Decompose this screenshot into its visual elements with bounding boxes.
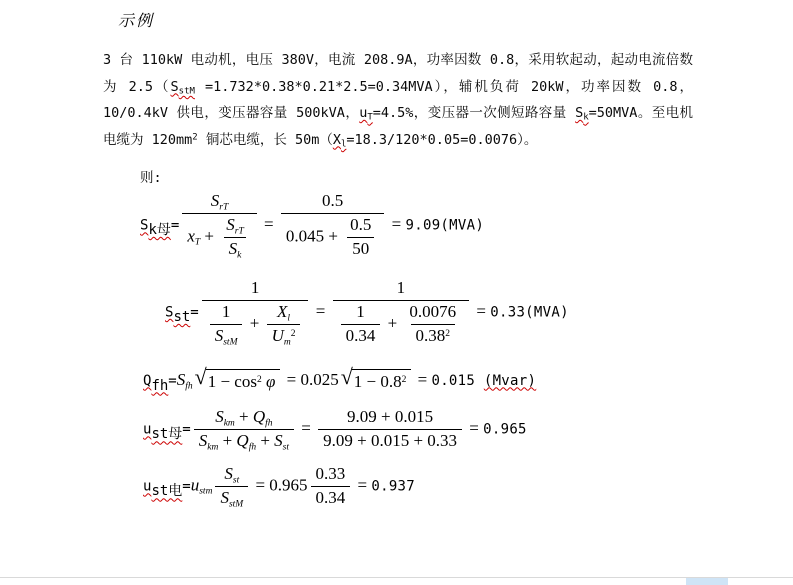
text-run: 0.34 bbox=[316, 488, 346, 507]
text-run: U bbox=[272, 326, 284, 345]
radical-sign: √ bbox=[195, 366, 206, 388]
formula-block: Sk母=SrTxT + SrTSk = 0.50.045 + 0.550 = 9… bbox=[103, 190, 569, 510]
subscript: rT bbox=[219, 202, 228, 212]
text-run: =18.3/120*0.05=0.0076）。 bbox=[346, 132, 537, 148]
text-run: Q bbox=[236, 431, 248, 450]
denominator: 10.34 + 0.00760.382 bbox=[333, 300, 470, 348]
numerator: 0.33 bbox=[311, 463, 351, 486]
denominator: 0.34 bbox=[311, 486, 351, 510]
text-run: Q bbox=[253, 407, 265, 426]
then-label: 则: bbox=[140, 166, 162, 186]
numerator: 1 bbox=[351, 301, 370, 324]
text-run: = bbox=[182, 479, 190, 495]
subscript: km bbox=[224, 419, 235, 429]
text-run: = 0.965 bbox=[251, 476, 307, 495]
superscript: 2 bbox=[402, 375, 407, 385]
text-run: 0.5 bbox=[322, 191, 343, 210]
text-run: + bbox=[218, 431, 236, 450]
numerator: 1 bbox=[392, 277, 411, 300]
denominator: 0.34 bbox=[341, 324, 381, 348]
text-run: =4.5%，变压器一次侧短路容量 bbox=[373, 105, 575, 121]
text-run: 0.0076 bbox=[409, 302, 456, 321]
subscript: fh bbox=[265, 419, 272, 429]
page-bottom-edge bbox=[0, 577, 793, 578]
subscript: fh bbox=[249, 443, 256, 453]
text-run: 9.09(MVA) bbox=[406, 217, 485, 233]
numerator: 0.0076 bbox=[404, 301, 461, 324]
text-run: = bbox=[387, 214, 405, 233]
denominator: Um2 bbox=[267, 324, 301, 348]
formula-line-5: ust电=ustmSstSstM = 0.9650.330.34 = 0.937 bbox=[143, 463, 569, 510]
numerator: 9.09 + 0.015 bbox=[342, 406, 438, 429]
text-run: X bbox=[277, 302, 287, 321]
formula-line-1: Sk母=SrTxT + SrTSk = 0.50.045 + 0.550 = 9… bbox=[140, 190, 569, 261]
text-run: + bbox=[245, 313, 263, 332]
text-run: 0.015 bbox=[431, 373, 483, 389]
scrollbar-fragment[interactable] bbox=[686, 578, 728, 585]
formula-line-3: Qfh=Sfh√1 − cos2 φ = 0.025√1 − 0.82 = 0.… bbox=[143, 368, 569, 393]
text-run: S bbox=[274, 431, 283, 450]
text-run: S bbox=[224, 464, 233, 483]
text-run: S bbox=[215, 407, 224, 426]
document-page: 示例 3 台 110kW 电动机，电压 380V，电流 208.9A，功率因数 … bbox=[0, 0, 793, 585]
numerator: Sst bbox=[219, 463, 244, 486]
text-run: 1 bbox=[251, 278, 260, 297]
fraction: 110.34 + 0.00760.382 bbox=[333, 277, 470, 348]
radicand: 1 − cos2 φ bbox=[206, 369, 281, 392]
numerator: 1 bbox=[217, 301, 236, 324]
text-run: 50 bbox=[352, 239, 369, 258]
numerator: Xl bbox=[272, 301, 295, 324]
numerator: 1 bbox=[246, 277, 265, 300]
text-run: (Mvar) bbox=[484, 373, 536, 389]
numerator: Skm + Qfh bbox=[210, 406, 277, 429]
fraction: 9.09 + 0.0159.09 + 0.015 + 0.33 bbox=[318, 406, 462, 453]
subscript: stM bbox=[229, 499, 243, 509]
text-run: = bbox=[190, 304, 198, 320]
text-run: 0.965 bbox=[483, 422, 527, 438]
square-root: √1 − cos2 φ bbox=[195, 369, 281, 392]
text-run: + bbox=[235, 407, 253, 426]
text-run: S bbox=[220, 488, 229, 507]
fraction: XlUm2 bbox=[267, 301, 301, 348]
text-run: φ bbox=[262, 372, 276, 391]
text-run: 0.33 bbox=[316, 464, 346, 483]
text-run: 铜芯电缆，长 50m（ bbox=[198, 132, 333, 148]
fraction: 0.00760.382 bbox=[404, 301, 461, 348]
text-run: = bbox=[413, 370, 431, 389]
text-run: 1 − cos bbox=[208, 372, 257, 391]
text-run: 1 bbox=[356, 302, 365, 321]
text-run: S bbox=[171, 79, 179, 95]
subscript: k母 bbox=[148, 222, 170, 238]
text-run: + bbox=[256, 431, 274, 450]
numerator: 0.5 bbox=[345, 214, 376, 237]
subscript: st bbox=[173, 309, 190, 325]
text-run: = bbox=[168, 373, 176, 389]
denominator: 0.382 bbox=[411, 324, 456, 348]
text-run: S bbox=[215, 326, 224, 345]
radicand: 1 − 0.82 bbox=[352, 369, 412, 392]
text-run: S bbox=[229, 239, 238, 258]
subscript: fh bbox=[151, 378, 168, 394]
text-run: + bbox=[383, 313, 401, 332]
subscript: fh bbox=[185, 381, 192, 391]
text-run: 0.34 bbox=[346, 326, 376, 345]
subscript: stM bbox=[223, 337, 237, 347]
subscript: l bbox=[287, 313, 290, 323]
text-run: 9.09 + 0.015 + 0.33 bbox=[323, 431, 457, 450]
document-title: 示例 bbox=[118, 8, 154, 31]
text-run: S bbox=[199, 431, 208, 450]
text-run: x bbox=[187, 226, 195, 245]
subscript: st bbox=[283, 443, 289, 453]
subscript: rT bbox=[235, 226, 244, 236]
text-run: u bbox=[191, 476, 200, 495]
fraction: SrTxT + SrTSk bbox=[182, 190, 256, 261]
denominator: 0.045 + 0.550 bbox=[281, 213, 385, 261]
text-run: 0.045 + bbox=[286, 226, 342, 245]
subscript: st电 bbox=[151, 483, 182, 499]
text-run: 0.5 bbox=[350, 215, 371, 234]
fraction: 0.550 bbox=[345, 214, 376, 261]
text-run: X bbox=[333, 132, 341, 148]
denominator: 1SstM + XlUm2 bbox=[202, 300, 309, 348]
denominator: Sk bbox=[224, 237, 247, 261]
numerator: 0.5 bbox=[317, 190, 348, 213]
formula-line-2: Sst=11SstM + XlUm2 = 110.34 + 0.00760.38… bbox=[165, 277, 569, 348]
numerator: SrT bbox=[206, 190, 233, 213]
denominator: 9.09 + 0.015 + 0.33 bbox=[318, 429, 462, 453]
text-run: = bbox=[171, 217, 179, 233]
fraction: 1SstM bbox=[210, 301, 243, 348]
denominator: SstM bbox=[210, 324, 243, 348]
text-run: = bbox=[353, 476, 371, 495]
subscript: km bbox=[207, 443, 218, 453]
text-run: = bbox=[260, 214, 278, 233]
text-run: S bbox=[177, 370, 186, 389]
subscript: m bbox=[284, 337, 291, 347]
text-run: 1 − 0.8 bbox=[354, 372, 402, 391]
text-run: 0.33(MVA) bbox=[490, 304, 569, 320]
text-run: = bbox=[311, 301, 329, 320]
text-run: 1 bbox=[397, 278, 406, 297]
denominator: Skm + Qfh + Sst bbox=[194, 429, 294, 453]
body-paragraph: 3 台 110kW 电动机，电压 380V，电流 208.9A，功率因数 0.8… bbox=[103, 47, 693, 153]
denominator: SstM bbox=[215, 486, 248, 510]
text-run: = 0.025 bbox=[282, 370, 338, 389]
superscript: 2 bbox=[291, 328, 296, 338]
text-run: 0.937 bbox=[371, 479, 415, 495]
text-run: = bbox=[472, 301, 490, 320]
text-run: = bbox=[465, 419, 483, 438]
subscript: stm bbox=[199, 487, 212, 497]
numerator: SrT bbox=[221, 214, 248, 237]
text-run: 1 bbox=[222, 302, 231, 321]
text-run: + bbox=[200, 226, 218, 245]
text-run: 9.09 + 0.015 bbox=[347, 407, 433, 426]
formula-line-4: ust母=Skm + QfhSkm + Qfh + Sst = 9.09 + 0… bbox=[143, 406, 569, 453]
fraction: 0.330.34 bbox=[311, 463, 351, 510]
fraction: SstSstM bbox=[215, 463, 248, 510]
fraction: 11SstM + XlUm2 bbox=[202, 277, 309, 348]
subscript: stM bbox=[179, 86, 195, 96]
superscript: 2 bbox=[445, 328, 450, 338]
text-run: = bbox=[182, 422, 190, 438]
subscript: k bbox=[237, 250, 241, 260]
text-run: S bbox=[226, 215, 235, 234]
text-run: 0.38 bbox=[416, 326, 446, 345]
denominator: xT + SrTSk bbox=[182, 213, 256, 261]
fraction: SrTSk bbox=[221, 214, 248, 261]
subscript: st bbox=[233, 476, 239, 486]
fraction: 0.50.045 + 0.550 bbox=[281, 190, 385, 261]
square-root: √1 − 0.82 bbox=[341, 369, 412, 392]
denominator: 50 bbox=[347, 237, 374, 261]
fraction: 10.34 bbox=[341, 301, 381, 348]
text-run: = bbox=[297, 419, 315, 438]
fraction: Skm + QfhSkm + Qfh + Sst bbox=[194, 406, 294, 453]
subscript: st母 bbox=[151, 427, 182, 443]
text-run: S bbox=[211, 191, 220, 210]
radical-sign: √ bbox=[341, 366, 352, 388]
